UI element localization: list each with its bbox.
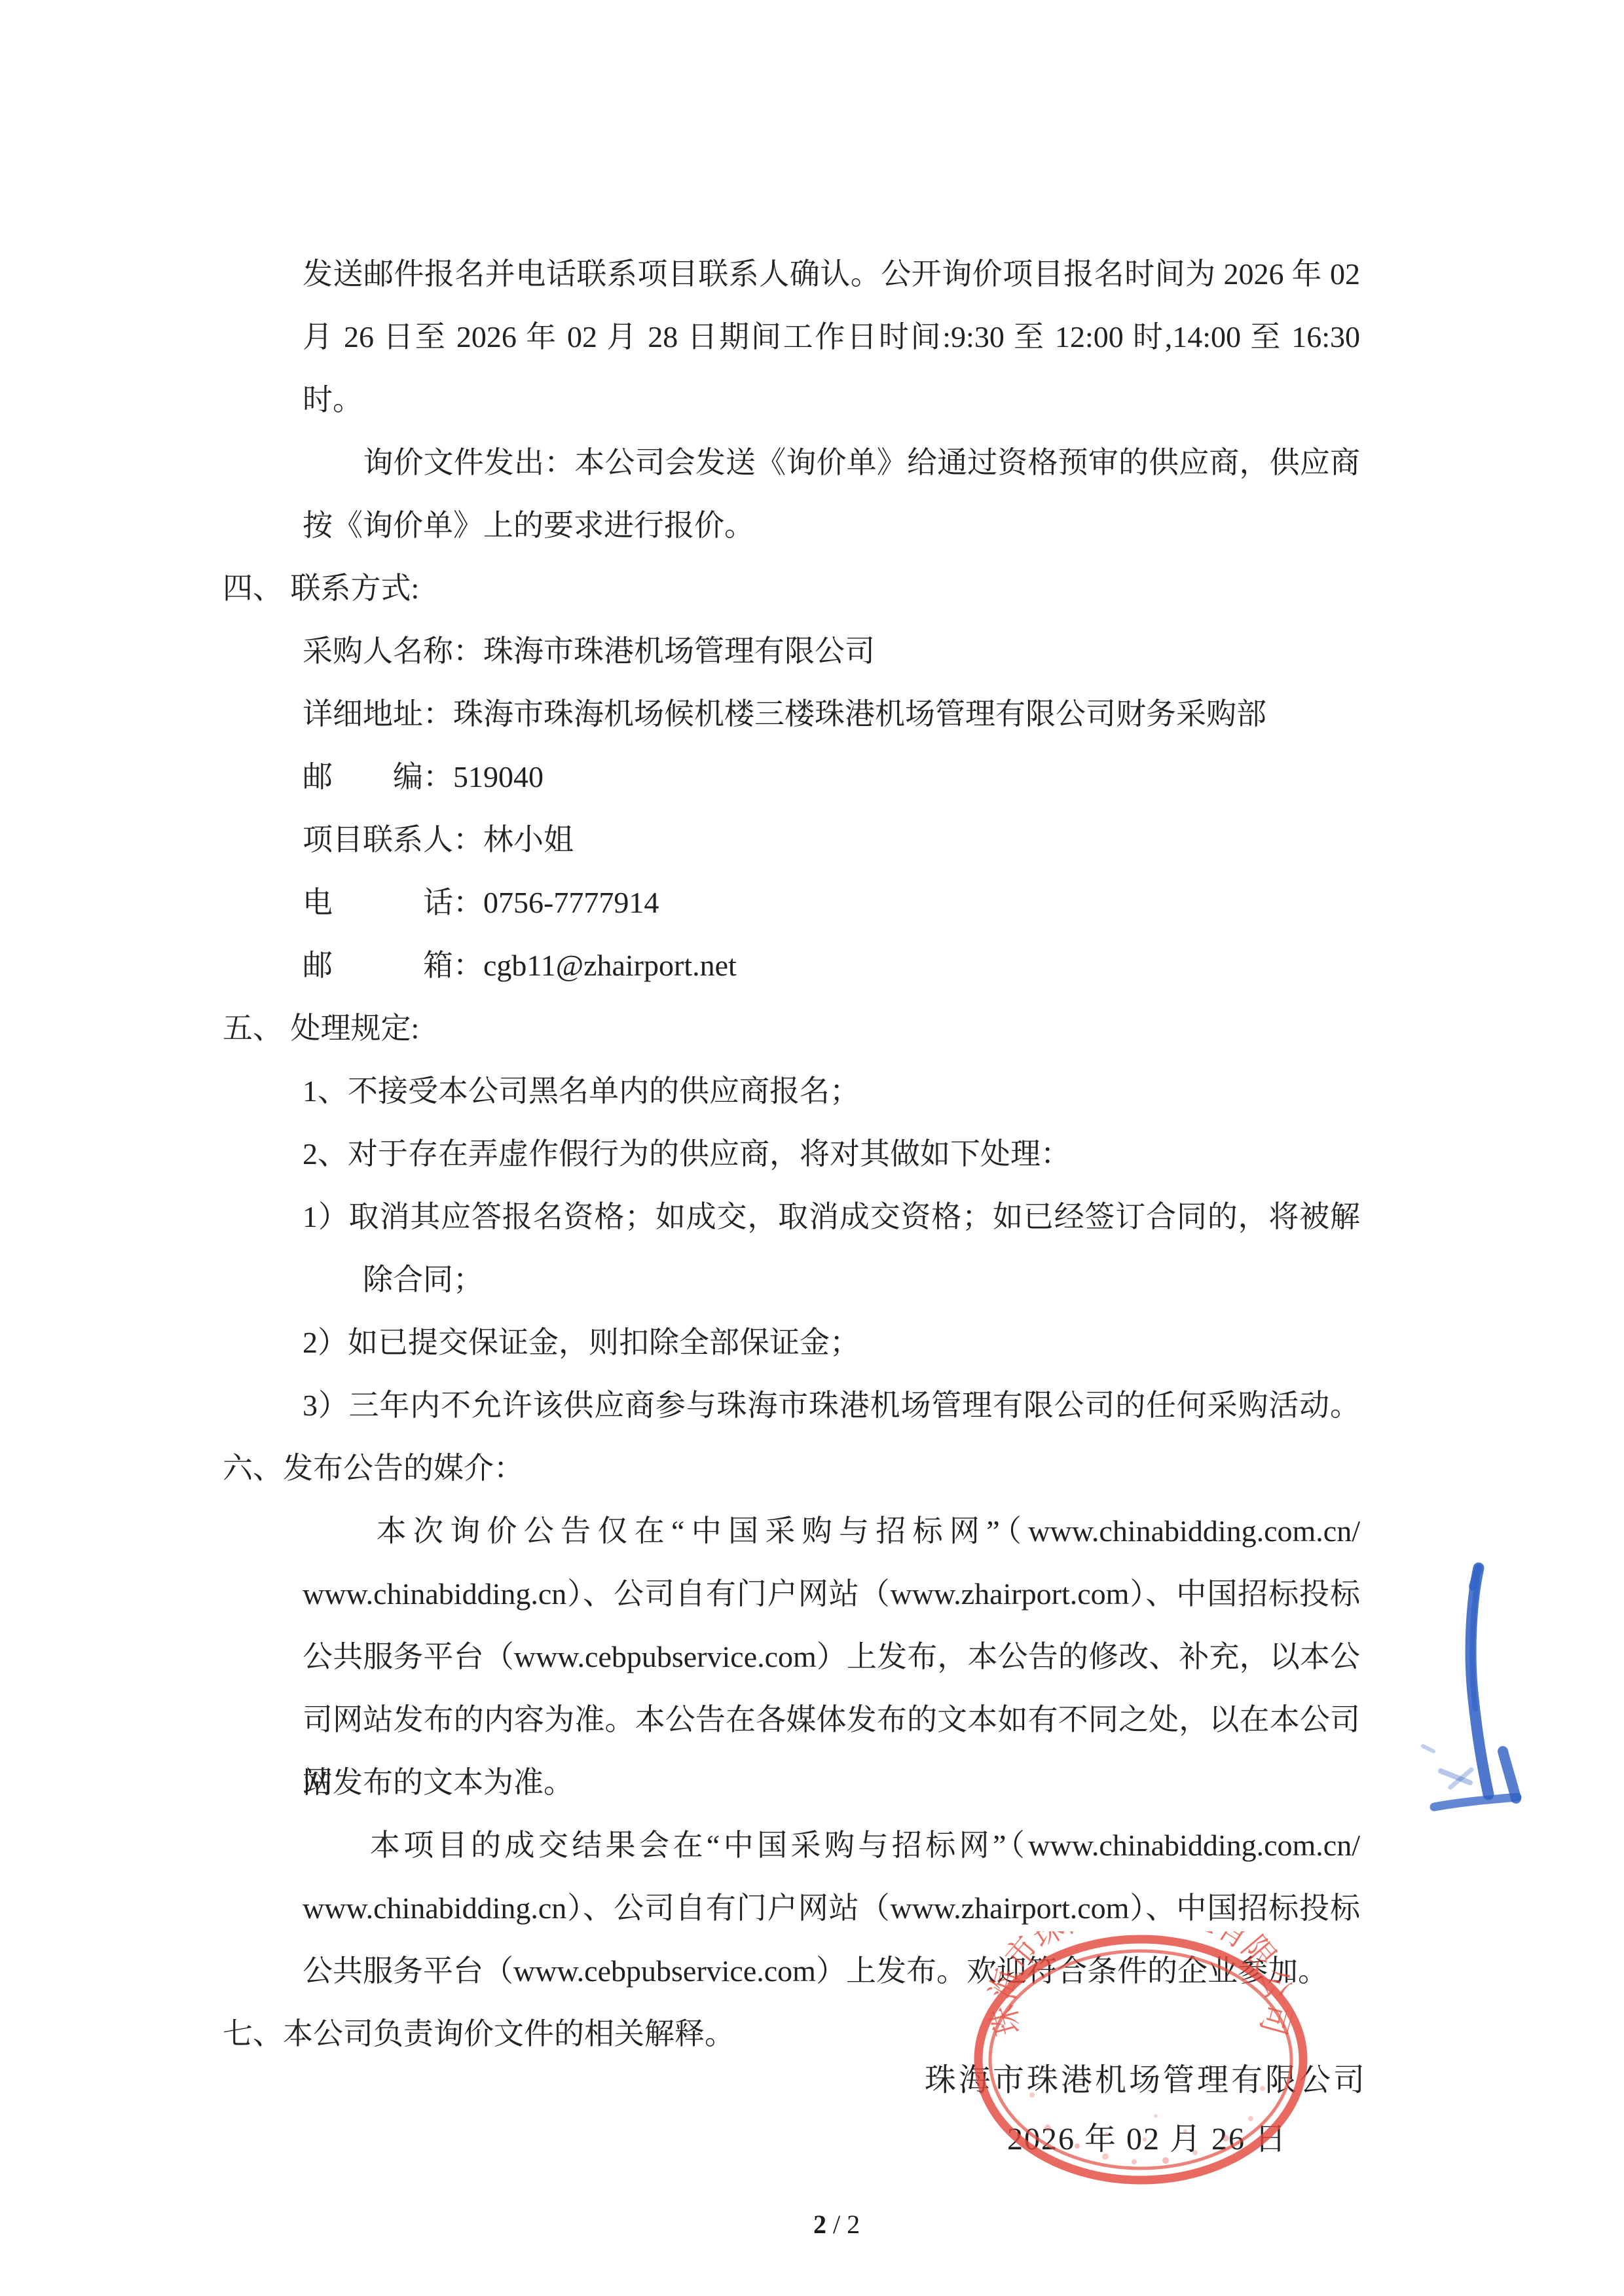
doc-line: www.chinabidding.cn）、公司自有门户网站（www.zhairp… — [0, 1877, 1360, 1940]
doc-line: 发送邮件报名并电话联系项目联系人确认。公开询价项目报名时间为 2026 年 02 — [0, 243, 1360, 306]
doc-line: 2）如已提交保证金，则扣除全部保证金； — [0, 1311, 1624, 1374]
page-number-total: 2 — [847, 2210, 860, 2239]
doc-line: www.chinabidding.cn）、公司自有门户网站（www.zhairp… — [0, 1563, 1360, 1626]
doc-line: 按《询价单》上的要求进行报价。 — [0, 494, 1624, 557]
document-body: 发送邮件报名并电话联系项目联系人确认。公开询价项目报名时间为 2026 年 02… — [0, 243, 1624, 2066]
doc-line: 本次询价公告仅在“中国采购与招标网”（www.chinabidding.com.… — [0, 1500, 1360, 1563]
page-number: 2 / 2 — [813, 2209, 860, 2240]
doc-line: 时。 — [0, 369, 1624, 431]
signature-date: 2026 年 02 月 26 日 — [1007, 2113, 1287, 2159]
doc-line: 五、 处理规定: — [0, 997, 1624, 1060]
doc-line: 询价文件发出：本公司会发送《询价单》给通过资格预审的供应商，供应商 — [0, 431, 1360, 494]
doc-line: 公共服务平台（www.cebpubservice.com）上发布。欢迎符合条件的… — [0, 1940, 1624, 2003]
doc-line: 3）三年内不允许该供应商参与珠海市珠港机场管理有限公司的任何采购活动。 — [0, 1374, 1360, 1437]
page-number-separator: / — [826, 2210, 847, 2239]
doc-line: 1、不接受本公司黑名单内的供应商报名； — [0, 1060, 1624, 1123]
doc-line: 六、发布公告的媒介： — [0, 1437, 1624, 1500]
doc-line: 除合同； — [0, 1248, 1624, 1311]
scanned-document-page: 发送邮件报名并电话联系项目联系人确认。公开询价项目报名时间为 2026 年 02… — [0, 0, 1624, 2296]
page-number-current: 2 — [813, 2210, 826, 2239]
doc-line: 七、本公司负责询价文件的相关解释。 — [0, 2003, 1624, 2066]
doc-line: 详细地址：珠海市珠海机场候机楼三楼珠港机场管理有限公司财务采购部 — [0, 683, 1624, 746]
doc-line: 邮 编：519040 — [0, 746, 1624, 809]
signature-company-name: 珠海市珠港机场管理有限公司 — [925, 2054, 1367, 2100]
doc-line: 电 话：0756-7777914 — [0, 871, 1624, 934]
doc-line: 采购人名称：珠海市珠港机场管理有限公司 — [0, 620, 1624, 683]
doc-line: 项目联系人：林小姐 — [0, 809, 1624, 871]
doc-line: 四、 联系方式: — [0, 557, 1624, 620]
doc-line: 公共服务平台（www.cebpubservice.com）上发布，本公告的修改、… — [0, 1626, 1360, 1688]
doc-line: 司网站发布的内容为准。本公告在各媒体发布的文本如有不同之处，以在本公司网 — [0, 1688, 1360, 1751]
doc-line: 1）取消其应答报名资格；如成交，取消成交资格；如已经签订合同的，将被解 — [0, 1186, 1360, 1248]
doc-line: 2、对于存在弄虚作假行为的供应商，将对其做如下处理： — [0, 1123, 1624, 1186]
doc-line: 本项目的成交结果会在“中国采购与招标网”（www.chinabidding.co… — [0, 1814, 1360, 1877]
doc-line: 月 26 日至 2026 年 02 月 28 日期间工作日时间:9:30 至 1… — [0, 306, 1360, 369]
doc-line: 站发布的文本为准。 — [0, 1751, 1624, 1814]
doc-line: 邮 箱：cgb11@zhairport.net — [0, 934, 1624, 997]
